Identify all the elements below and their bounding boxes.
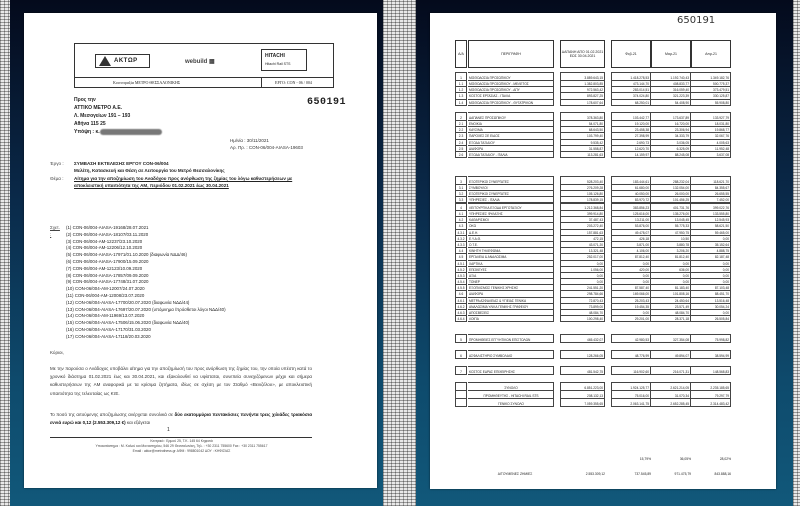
table-row: 5ΠΡΟΜΗΘΕΙΕΣ ΕΓΓΥΗΤΙΚΩΝ ΕΠΙΣΤΟΛΩΝ465.432,…	[455, 334, 731, 343]
cell-total: 7.059.355,65	[560, 398, 605, 407]
footer-contact: Email : aktor@metrothess.gr ΑΦΜ : 998801…	[44, 449, 319, 454]
paragraph-2-end: και εξάγεται	[126, 420, 150, 425]
table-group: 7ΚΟΣΤΟΣ ΕΔΡΑΣ ΕΠΙΧΕΙΡΗΣΗΣ481.542,75116.9…	[455, 366, 731, 375]
webuild-logo-icon: ▦	[209, 59, 215, 65]
reference-item: (1) CON-06/004-AIASA-19168/28.07.2021	[66, 225, 226, 232]
attention-label: Υπόψη : κ.	[74, 129, 100, 135]
table-group: 5ΠΡΟΜΗΘΕΙΕΣ ΕΓΓΥΗΤΙΚΩΝ ΕΠΙΣΤΟΛΩΝ465.432,…	[455, 334, 731, 343]
cell-aa: 4.6.4	[455, 316, 467, 322]
body-paragraph-1: Με την παρούσα ο Ανάδοχος υποβάλει αίτημ…	[50, 365, 312, 398]
cell-feb21: 48.776,99	[611, 350, 651, 359]
table-row: 2.6ΕΞΟΔΑ ΤΑΞΙΔΙΟΥ - ΙΤΑΛΙΑ113.281,6314.1…	[455, 152, 731, 158]
cell-apr21: 55.908,80	[691, 100, 731, 106]
cell-total: 113.281,63	[560, 152, 605, 158]
claimed-damages-mar21: 971.475,79	[651, 472, 691, 476]
cell-total: 178.607,64	[560, 100, 605, 106]
recipient-attention: Υπόψη : κ.	[74, 128, 162, 136]
cell-mar21: 88.245,08	[651, 152, 691, 158]
cell-apr21: 399.022,76	[691, 202, 731, 211]
cell-mar21: 1.192.740,43	[651, 72, 691, 81]
recipient-org: ΑΤΤΙΚΟ ΜΕΤΡΟ Α.Ε.	[74, 104, 162, 112]
footer-divider	[50, 437, 312, 438]
cell-description: ΓΕΝΙΚΟ ΣΥΝΟΛΟ	[468, 398, 554, 407]
date-value: 30/11/2021	[247, 138, 269, 143]
cell-mar21: 173.637,89	[651, 112, 691, 121]
header-total-period: ΔΑΠΑΝΗ ΑΠΟ 01.02.2021 ΕΩΣ 30.04.2021	[560, 40, 605, 68]
table-row: 1.4ΜΙΣΘΟΔΟΣΙΑ ΠΡΟΣΩΠΙΚΟΥ - ΘΥΓΑΤΡΙΚΩΝ178…	[455, 100, 731, 106]
consortium-name: Κοινοπραξία ΜΕΤΡΟ ΘΕΣΣΑΛΟΝΙΚΗΣ	[113, 80, 180, 85]
claimed-damages-feb21: 737.545,89	[611, 472, 651, 476]
table-row: 7ΚΟΣΤΟΣ ΕΔΡΑΣ ΕΠΙΧΕΙΡΗΣΗΣ481.542,75116.9…	[455, 366, 731, 375]
cell-total: 100.298,40	[560, 316, 605, 322]
claimed-damages-label: ΑΙΤΟΥΜΕΝΕΣ ΖΗΜΙΕΣ	[485, 472, 545, 476]
cell-aa: 5	[455, 334, 467, 343]
hitachi-logo: HITACHI Hitachi Rail STS	[261, 49, 307, 71]
cell-aa: 1	[455, 72, 467, 81]
page-number: 1	[167, 427, 170, 433]
reference-item: (7) CON-06/004-AM-12123/10.09.2020	[66, 266, 226, 273]
subject-text: Αίτημα για την αποζημίωση του Αναδόχου π…	[74, 176, 299, 189]
cell-aa: 1.4	[455, 100, 467, 106]
cost-table-page: 650191 Α/Α ΠΕΡΙΓΡΑΦΗ ΔΑΠΑΝΗ ΑΠΟ 01.02.20…	[430, 13, 776, 489]
cell-total: 3.889.643,15	[560, 72, 605, 81]
page-footer: Κεντρικά : Ερμού 25, Τ.Κ. 145 64 Κηφισιά…	[44, 439, 319, 453]
table-row: 4ΛΕΙΤΟΥΡΓΙΚΑ ΕΞΟΔΑ ΕΡΓΟΤΑΞΙΟΥ1.212.368,8…	[455, 202, 731, 211]
cell-feb21: 29.201,00	[611, 316, 651, 322]
letter-page: AKTΩP webuild ▦ HITACHI Hitachi Rail STS…	[24, 13, 377, 488]
reference-item: (14) CON-06/004-AM-11969/13.07.2020	[66, 313, 226, 320]
cell-mar21: 401.731,76	[651, 202, 691, 211]
left-page-panel: AKTΩP webuild ▦ HITACHI Hitachi Rail STS…	[10, 0, 383, 506]
table-group: 4ΛΕΙΤΟΥΡΓΙΚΑ ΕΞΟΔΑ ΕΡΓΟΤΑΞΙΟΥ1.212.368,8…	[455, 202, 731, 322]
references-label: Σχετ. :	[50, 225, 60, 239]
header-description: ΠΕΡΙΓΡΑΦΗ	[468, 40, 554, 68]
recipient-address: Προς την ΑΤΤΙΚΟ ΜΕΤΡΟ Α.Ε. Λ. Μεσογείων …	[74, 96, 162, 136]
cell-aa: 3	[455, 176, 467, 185]
header-apr21: Απρ-21	[691, 40, 731, 68]
claimed-damages-apr21: 843.888,16	[691, 472, 731, 476]
reference-item: (9) CON-06/004-AIASA-17748/31.07.2020	[66, 279, 226, 286]
cell-apr21: 3.637,08	[691, 152, 731, 158]
claimed-damages-total: 2.553.309,12	[560, 472, 605, 476]
recipient-city: Αθήνα 115 25	[74, 120, 162, 128]
cell-feb21: 103.442,77	[611, 112, 651, 121]
cell-mar21: 54.408,90	[651, 100, 691, 106]
pct-mar21: 36,05%	[651, 457, 691, 461]
cell-aa: 6	[455, 350, 467, 359]
webuild-logo: webuild ▦	[185, 58, 215, 65]
aktor-logo: AKTΩP	[95, 54, 150, 68]
reference-item: (6) CON-06/004-AIASA-17900/15.09.2020	[66, 259, 226, 266]
protocol-value: CON-06/004-AIASA-19603	[249, 145, 303, 150]
cell-total: 481.542,75	[560, 366, 605, 375]
handwritten-number: 650191	[677, 15, 715, 26]
cell-total: 128.266,05	[560, 350, 605, 359]
cell-description: ΚΟΣΤΟΣ ΕΔΡΑΣ ΕΠΙΧΕΙΡΗΣΗΣ	[468, 366, 554, 375]
letterhead-footer: Κοινοπραξία ΜΕΤΡΟ ΘΕΣΣΑΛΟΝΙΚΗΣ ΕΡΓΟ: CON…	[75, 78, 333, 88]
table-row: 4.6.4ΛΟΙΠΑ100.298,4029.201,0028.371,1826…	[455, 316, 731, 322]
cell-aa: 4	[455, 202, 467, 211]
subject-label: Θέμα :	[50, 176, 72, 183]
aktor-logo-icon	[99, 56, 111, 66]
cell-apr21: 148.568,83	[691, 366, 731, 375]
reference-item: (11) CON-06/004-AM-12008/23.07.2020	[66, 293, 226, 300]
cell-description: ΜΙΣΘΟΔΟΣΙΑ ΠΡΟΣΩΠΙΚΟΥ	[468, 72, 554, 81]
pct-apr21: 28,02%	[691, 457, 731, 461]
date-label: Ημ/νία :	[230, 138, 245, 143]
pct-feb21: 15,79%	[611, 457, 651, 461]
hitachi-logo-text: HITACHI	[265, 52, 303, 60]
cell-aa: 2.6	[455, 152, 467, 158]
body-paragraph-2: Το ποσό της αιτούμενης αποζημίωσης ανέρχ…	[50, 411, 312, 427]
reference-item: (16) CON-06/004-AIASA-17170/31.03.2020	[66, 327, 226, 334]
header-mar21: Μαρ-21	[651, 40, 691, 68]
cell-apr21: 118.621,70	[691, 176, 731, 185]
reference-item: (12) CON-06/004-AIASA-17700/20.07.2020 (…	[66, 300, 226, 307]
cell-aa: 2	[455, 112, 467, 121]
table-group: 6ΑΣΦΑΛΙΣΤΗΡΙΟ ΣΥΜΒΟΛΑΙΟ128.266,0548.776,…	[455, 350, 731, 359]
percentage-row: 15,79% 36,05% 28,02%	[455, 457, 731, 463]
cell-feb21: 383.856,23	[611, 202, 651, 211]
letterhead-divider	[261, 78, 262, 88]
table-row: 3ΕΞΩΤΕΡΙΚΟΙ ΣΥΝΕΡΓΑΤΕΣ528.203,40183.444,…	[455, 176, 731, 185]
cell-total: 528.203,40	[560, 176, 605, 185]
claimed-damages-row: ΑΙΤΟΥΜΕΝΕΣ ΖΗΜΙΕΣ 2.553.309,12 737.545,8…	[455, 472, 731, 478]
cell-total: 465.432,07	[560, 334, 605, 343]
cell-aa: 7	[455, 366, 467, 375]
redacted-name	[100, 129, 162, 135]
table-row: 1ΜΙΣΘΟΔΟΣΙΑ ΠΡΟΣΩΠΙΚΟΥ3.889.643,151.418.…	[455, 72, 731, 81]
aktor-logo-text: AKTΩP	[114, 58, 138, 64]
project-label: Έργο :	[50, 161, 72, 168]
cell-apr21: 38.594,99	[691, 350, 731, 359]
salutation: Κύριοι,	[50, 349, 312, 357]
cell-feb21: 14.159,97	[611, 152, 651, 158]
paragraph-2-start: Το ποσό της αιτούμενης αποζημίωσης ανέρχ…	[50, 412, 175, 417]
references-list: (1) CON-06/004-AIASA-19168/28.07.2021 (2…	[66, 225, 226, 341]
cell-mar21: 216.071,31	[651, 366, 691, 375]
cell-description: ΑΣΦΑΛΙΣΤΗΡΙΟ ΣΥΜΒΟΛΑΙΟ	[468, 350, 554, 359]
reference-item: (2) CON-06/004-AIASA-18107/03.11.2020	[66, 232, 226, 239]
header-feb21: Φεβ-21	[611, 40, 651, 68]
reference-item: (15) CON-06/004-AIASA-17506/15.06.2020 (…	[66, 320, 226, 327]
hitachi-logo-subtext: Hitachi Rail STS	[265, 60, 303, 68]
cell-description: ΜΙΣΘΟΔΟΣΙΑ ΠΡΟΣΩΠΙΚΟΥ - ΘΥΓΑΤΡΙΚΩΝ	[468, 100, 554, 106]
recipient-to: Προς την	[74, 96, 162, 104]
right-page-panel: 650191 Α/Α ΠΕΡΙΓΡΑΦΗ ΔΑΠΑΝΗ ΑΠΟ 01.02.20…	[416, 0, 793, 506]
table-row: 2ΔΑΠΑΝΕΣ ΠΡΟΣΩΠΙΚΟΥ378.363,80103.442,771…	[455, 112, 731, 121]
project-code: ΕΡΓΟ: CON - 06 / 004	[275, 80, 312, 85]
project-title: ΣΥΜΒΑΣΗ ΕΚΤΕΛΕΣΗΣ ΕΡΓΟΥ CON-06/004	[74, 161, 169, 168]
cell-description: ΛΕΙΤΟΥΡΓΙΚΑ ΕΞΟΔΑ ΕΡΓΟΤΑΞΙΟΥ	[468, 202, 554, 211]
cell-apr21: 2.314.483,42	[691, 398, 731, 407]
cell-apr21: 1.349.182,76	[691, 72, 731, 81]
cell-total: 1.212.368,84	[560, 202, 605, 211]
document-number: 650191	[307, 97, 346, 108]
cell-apr21: 75.998,82	[691, 334, 731, 343]
table-group: 1ΜΙΣΘΟΔΟΣΙΑ ΠΡΟΣΩΠΙΚΟΥ3.889.643,151.418.…	[455, 72, 731, 106]
cell-apr21: 26.505,84	[691, 316, 731, 322]
reference-item: (17) CON-06/004-AIASA-17118/20.03.2020	[66, 334, 226, 341]
cell-description: ΕΞΟΔΑ ΤΑΞΙΔΙΟΥ - ΙΤΑΛΙΑ	[468, 152, 554, 158]
cell-aa	[455, 398, 467, 407]
protocol-label: Αρ. Πρ. :	[230, 145, 248, 150]
table-row: ΓΕΝΙΚΟ ΣΥΝΟΛΟ7.059.355,652.063.141,752.6…	[455, 398, 731, 407]
cell-mar21: 288.232,04	[651, 176, 691, 185]
cell-description: ΔΑΠΑΝΕΣ ΠΡΟΣΩΠΙΚΟΥ	[468, 112, 554, 121]
reference-item: (5) CON-06/004-AIASA-17971/01.10.2020 (δ…	[66, 252, 226, 259]
cell-apr21: 133.927,79	[691, 112, 731, 121]
recipient-street: Λ. Μεσογείων 191 – 193	[74, 112, 162, 120]
cell-feb21: 68.250,01	[611, 100, 651, 106]
table-group: ΓΕΝΙΚΟ ΣΥΝΟΛΟ7.059.355,652.063.141,752.6…	[455, 398, 731, 407]
cell-mar21: 28.371,18	[651, 316, 691, 322]
letterhead-logos: AKTΩP webuild ▦ HITACHI Hitachi Rail STS	[75, 44, 333, 78]
reference-item: (3) CON-06/004-AM-12237/23.10.2020	[66, 239, 226, 246]
cell-feb21: 2.063.141,75	[611, 398, 651, 407]
cell-feb21: 116.902,60	[611, 366, 651, 375]
project-description: Μελέτη, Κατασκευή και Θέση σε Λειτουργία…	[74, 168, 225, 175]
cell-mar21: 327.354,08	[651, 334, 691, 343]
webuild-logo-text: webuild	[185, 59, 207, 65]
scan-divider	[383, 0, 416, 506]
scan-edge-left	[0, 0, 10, 506]
header-aa: Α/Α	[455, 40, 467, 68]
reference-item: (4) CON-06/004-AM-12206/12.10.2020	[66, 245, 226, 252]
table-group: 2ΔΑΠΑΝΕΣ ΠΡΟΣΩΠΙΚΟΥ378.363,80103.442,771…	[455, 112, 731, 158]
scan-edge-right	[793, 0, 800, 506]
table-group: 3ΕΞΩΤΕΡΙΚΟΙ ΣΥΝΕΡΓΑΤΕΣ528.203,40183.444,…	[455, 176, 731, 204]
cell-mar21: 49.894,07	[651, 350, 691, 359]
reference-item: (10) CON-06/004-AM-12007/24.07.2020	[66, 286, 226, 293]
cell-feb21: 183.444,61	[611, 176, 651, 185]
cell-mar21: 2.652.285,45	[651, 398, 691, 407]
table-row: 6ΑΣΦΑΛΙΣΤΗΡΙΟ ΣΥΜΒΟΛΑΙΟ128.266,0548.776,…	[455, 350, 731, 359]
cell-feb21: 1.418.278,53	[611, 72, 651, 81]
cell-description: ΕΞΩΤΕΡΙΚΟΙ ΣΥΝΕΡΓΑΤΕΣ	[468, 176, 554, 185]
cell-description: ΛΟΙΠΑ	[468, 316, 554, 322]
cell-description: ΠΡΟΜΗΘΕΙΕΣ ΕΓΓΥΗΤΙΚΩΝ ΕΠΙΣΤΟΛΩΝ	[468, 334, 554, 343]
reference-item: (8) CON-06/004-AIASA-17857/09.09.2020	[66, 273, 226, 280]
cell-total: 378.363,80	[560, 112, 605, 121]
letterhead: AKTΩP webuild ▦ HITACHI Hitachi Rail STS…	[74, 43, 334, 88]
reference-item: (13) CON-06/004-AIASA-17697/20.07.2020 (…	[66, 307, 226, 314]
date-block: Ημ/νία : 30/11/2021 Αρ. Πρ. : CON-06/004…	[230, 138, 303, 151]
cell-feb21: 42.980,53	[611, 334, 651, 343]
